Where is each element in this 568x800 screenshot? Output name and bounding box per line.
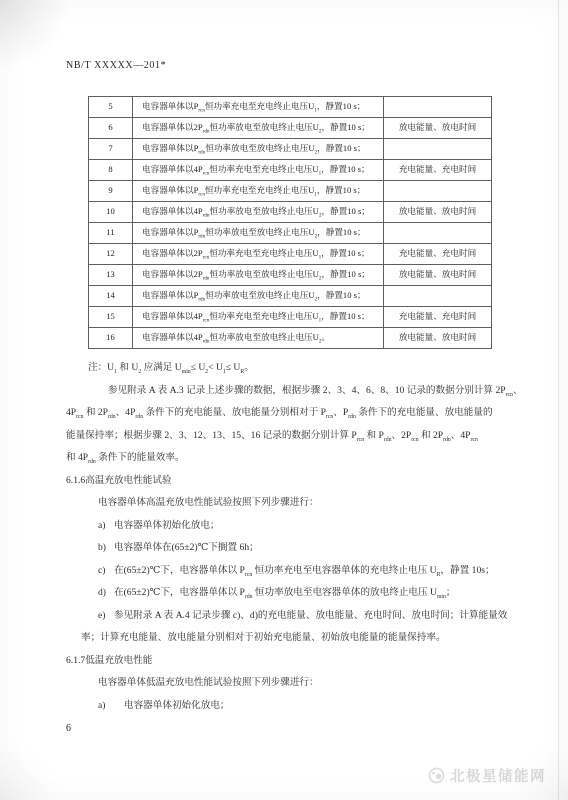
cell-step-number: 12 [89, 244, 133, 265]
table-row: 15 电容器单体以4Prcn恒功率充电至充电终止电压U1，静置10 s； 充电能… [89, 307, 492, 328]
list-marker: b) [98, 537, 114, 560]
section-616-intro: 电容器单体高温充放电性能试验按照下列步骤进行： [66, 492, 510, 515]
section-617-intro: 电容器单体低温充放电性能试验按照下列步骤进行： [66, 672, 510, 695]
cell-step-number: 6 [89, 118, 133, 139]
cell-measurement [384, 139, 492, 160]
cell-step-number: 11 [89, 223, 133, 244]
cell-measurement [384, 286, 492, 307]
cell-measurement: 放电能量、放电时间 [384, 265, 492, 286]
test-steps-table: 5 电容器单体以Prcn恒功率充电至充电终止电压U1，静置10 s； 6 电容器… [88, 96, 492, 349]
cell-step-number: 15 [89, 307, 133, 328]
list-marker: c) [98, 560, 114, 583]
table-row: 16 电容器单体以4Prdn恒功率放电至放电终止电压U2。 放电能量、放电时间 [89, 328, 492, 349]
list-item-text: 在(65±2)℃下，电容器单体以 Prcn 恒功率充电至电容器单体的充电终止电压… [114, 565, 495, 576]
table-row: 8 电容器单体以4Prcn恒功率充电至充电终止电压U1，静置10 s； 充电能量… [89, 160, 492, 181]
document-page: NB/T XXXXX—201* 5 电容器单体以Prcn恒功率充电至充电终止电压… [0, 0, 568, 734]
section-heading-616: 6.1.6高温充放电性能试验 [66, 470, 510, 493]
cell-measurement [384, 223, 492, 244]
cell-step-description: 电容器单体以Prdn恒功率放电至放电终止电压U2，静置10 s； [133, 139, 384, 160]
cell-step-number: 10 [89, 202, 133, 223]
table-row: 13 电容器单体以2Prdn恒功率放电至放电终止电压U2，静置10 s； 放电能… [89, 265, 492, 286]
list-item-text: 参见附录 A 表 A.4 记录步骤 c)、d)的充电能量、放电能量、充电时间、放… [114, 610, 507, 621]
list-item-d: d)在(65±2)℃下，电容器单体以 Prdn 恒功率放电至电容器单体的放电终止… [66, 582, 510, 605]
list-item-b: b)电容器单体在(65±2)℃下搁置 6h； [66, 537, 510, 560]
table-row: 5 电容器单体以Prcn恒功率充电至充电终止电压U1，静置10 s； [89, 97, 492, 118]
list-marker: a) [98, 515, 114, 538]
cell-measurement [384, 181, 492, 202]
list-item-e: e)参见附录 A 表 A.4 记录步骤 c)、d)的充电能量、放电能量、充电时间… [66, 605, 510, 628]
paragraph-line: 参见附录 A 表 A.3 记录上述步骤的数据，根据步骤 2、3、4、6、8、10… [66, 380, 510, 403]
table-note: 注：U1 和 U2 应满足 Umin≤ U2< U1≤ UR。 [66, 357, 510, 380]
paragraph-line: 能量保持率；根据步骤 2、3、12、13、15、16 记录的数据分别计算 Prc… [66, 425, 510, 448]
cell-measurement: 放电能量、放电时间 [384, 118, 492, 139]
watermark: 北极星储能网 [428, 765, 546, 786]
cell-step-description: 电容器单体以Prdn恒功率放电至放电终止电压U2，静置10 s； [133, 286, 384, 307]
list-item-text: 电容器单体初始化放电； [114, 520, 220, 531]
cell-measurement: 放电能量、放电时间 [384, 328, 492, 349]
cell-step-description: 电容器单体以2Prdn恒功率放电至放电终止电压U2，静置10 s； [133, 118, 384, 139]
cell-step-description: 电容器单体以4Prcn恒功率充电至充电终止电压U1，静置10 s； [133, 160, 384, 181]
cell-step-number: 13 [89, 265, 133, 286]
cell-step-number: 9 [89, 181, 133, 202]
list-item-e-wrap: 率；计算充电能量、放电能量分别相对于初始充电能量、初始放电能量的能量保持率。 [66, 627, 510, 650]
list-item-text: 电容器单体在(65±2)℃下搁置 6h； [114, 542, 259, 553]
page-number: 6 [66, 723, 508, 734]
cell-measurement: 放电能量、放电时间 [384, 202, 492, 223]
list-marker: d) [98, 582, 114, 605]
table-row: 6 电容器单体以2Prdn恒功率放电至放电终止电压U2，静置10 s； 放电能量… [89, 118, 492, 139]
cell-step-description: 电容器单体以2Prcn恒功率充电至充电终止电压U1，静置10 s； [133, 244, 384, 265]
cell-measurement [384, 97, 492, 118]
paragraph-line: 和 4Prdn 条件下的能量效率。 [66, 447, 510, 470]
list-item-text: 电容器单体初始化放电； [124, 700, 230, 711]
list-marker: e) [98, 605, 114, 628]
list-marker: a) [98, 695, 124, 718]
table-row: 9 电容器单体以Prcn恒功率充电至充电终止电压U1，静置10 s； [89, 181, 492, 202]
table-row: 7 电容器单体以Prdn恒功率放电至放电终止电压U2，静置10 s； [89, 139, 492, 160]
section-heading-617: 6.1.7低温充放电性能 [66, 650, 510, 673]
cell-step-number: 7 [89, 139, 133, 160]
list-item-text: 在(65±2)℃下，电容器单体以 Prdn 恒功率放电至电容器单体的放电终止电压… [114, 587, 456, 598]
watermark-text: 北极星储能网 [450, 765, 546, 786]
table-row: 11 电容器单体以Prdn恒功率放电至放电终止电压U2，静置10 s； [89, 223, 492, 244]
cell-step-description: 电容器单体以4Prdn恒功率放电至放电终止电压U2，静置10 s； [133, 202, 384, 223]
cell-step-number: 16 [89, 328, 133, 349]
cell-step-description: 电容器单体以4Prdn恒功率放电至放电终止电压U2。 [133, 328, 384, 349]
list-item-a: a)电容器单体初始化放电； [66, 515, 510, 538]
table-row: 12 电容器单体以2Prcn恒功率充电至充电终止电压U1，静置10 s； 充电能… [89, 244, 492, 265]
cell-measurement: 充电能量、充电时间 [384, 307, 492, 328]
cell-measurement: 充电能量、充电时间 [384, 160, 492, 181]
cell-step-number: 5 [89, 97, 133, 118]
cell-step-description: 电容器单体以2Prdn恒功率放电至放电终止电压U2，静置10 s； [133, 265, 384, 286]
cell-step-description: 电容器单体以Prcn恒功率充电至充电终止电压U1，静置10 s； [133, 181, 384, 202]
document-header-code: NB/T XXXXX—201* [66, 60, 508, 71]
cell-measurement: 充电能量、充电时间 [384, 244, 492, 265]
cell-step-description: 电容器单体以Prdn恒功率放电至放电终止电压U2，静置10 s； [133, 223, 384, 244]
paragraph-line: 4Prcn 和 2Prdn、4Prdn 条件下的充电能量、放电能量分别相对于 P… [66, 402, 510, 425]
table-row: 14 电容器单体以Prdn恒功率放电至放电终止电压U2，静置10 s； [89, 286, 492, 307]
cell-step-number: 8 [89, 160, 133, 181]
polar-bear-logo-icon [428, 767, 445, 784]
cell-step-number: 14 [89, 286, 133, 307]
cell-step-description: 电容器单体以4Prcn恒功率充电至充电终止电压U1，静置10 s； [133, 307, 384, 328]
list-item-c: c)在(65±2)℃下，电容器单体以 Prcn 恒功率充电至电容器单体的充电终止… [66, 560, 510, 583]
list-item-a: a)电容器单体初始化放电； [66, 695, 510, 718]
cell-step-description: 电容器单体以Prcn恒功率充电至充电终止电压U1，静置10 s； [133, 97, 384, 118]
table-row: 10 电容器单体以4Prdn恒功率放电至放电终止电压U2，静置10 s； 放电能… [89, 202, 492, 223]
